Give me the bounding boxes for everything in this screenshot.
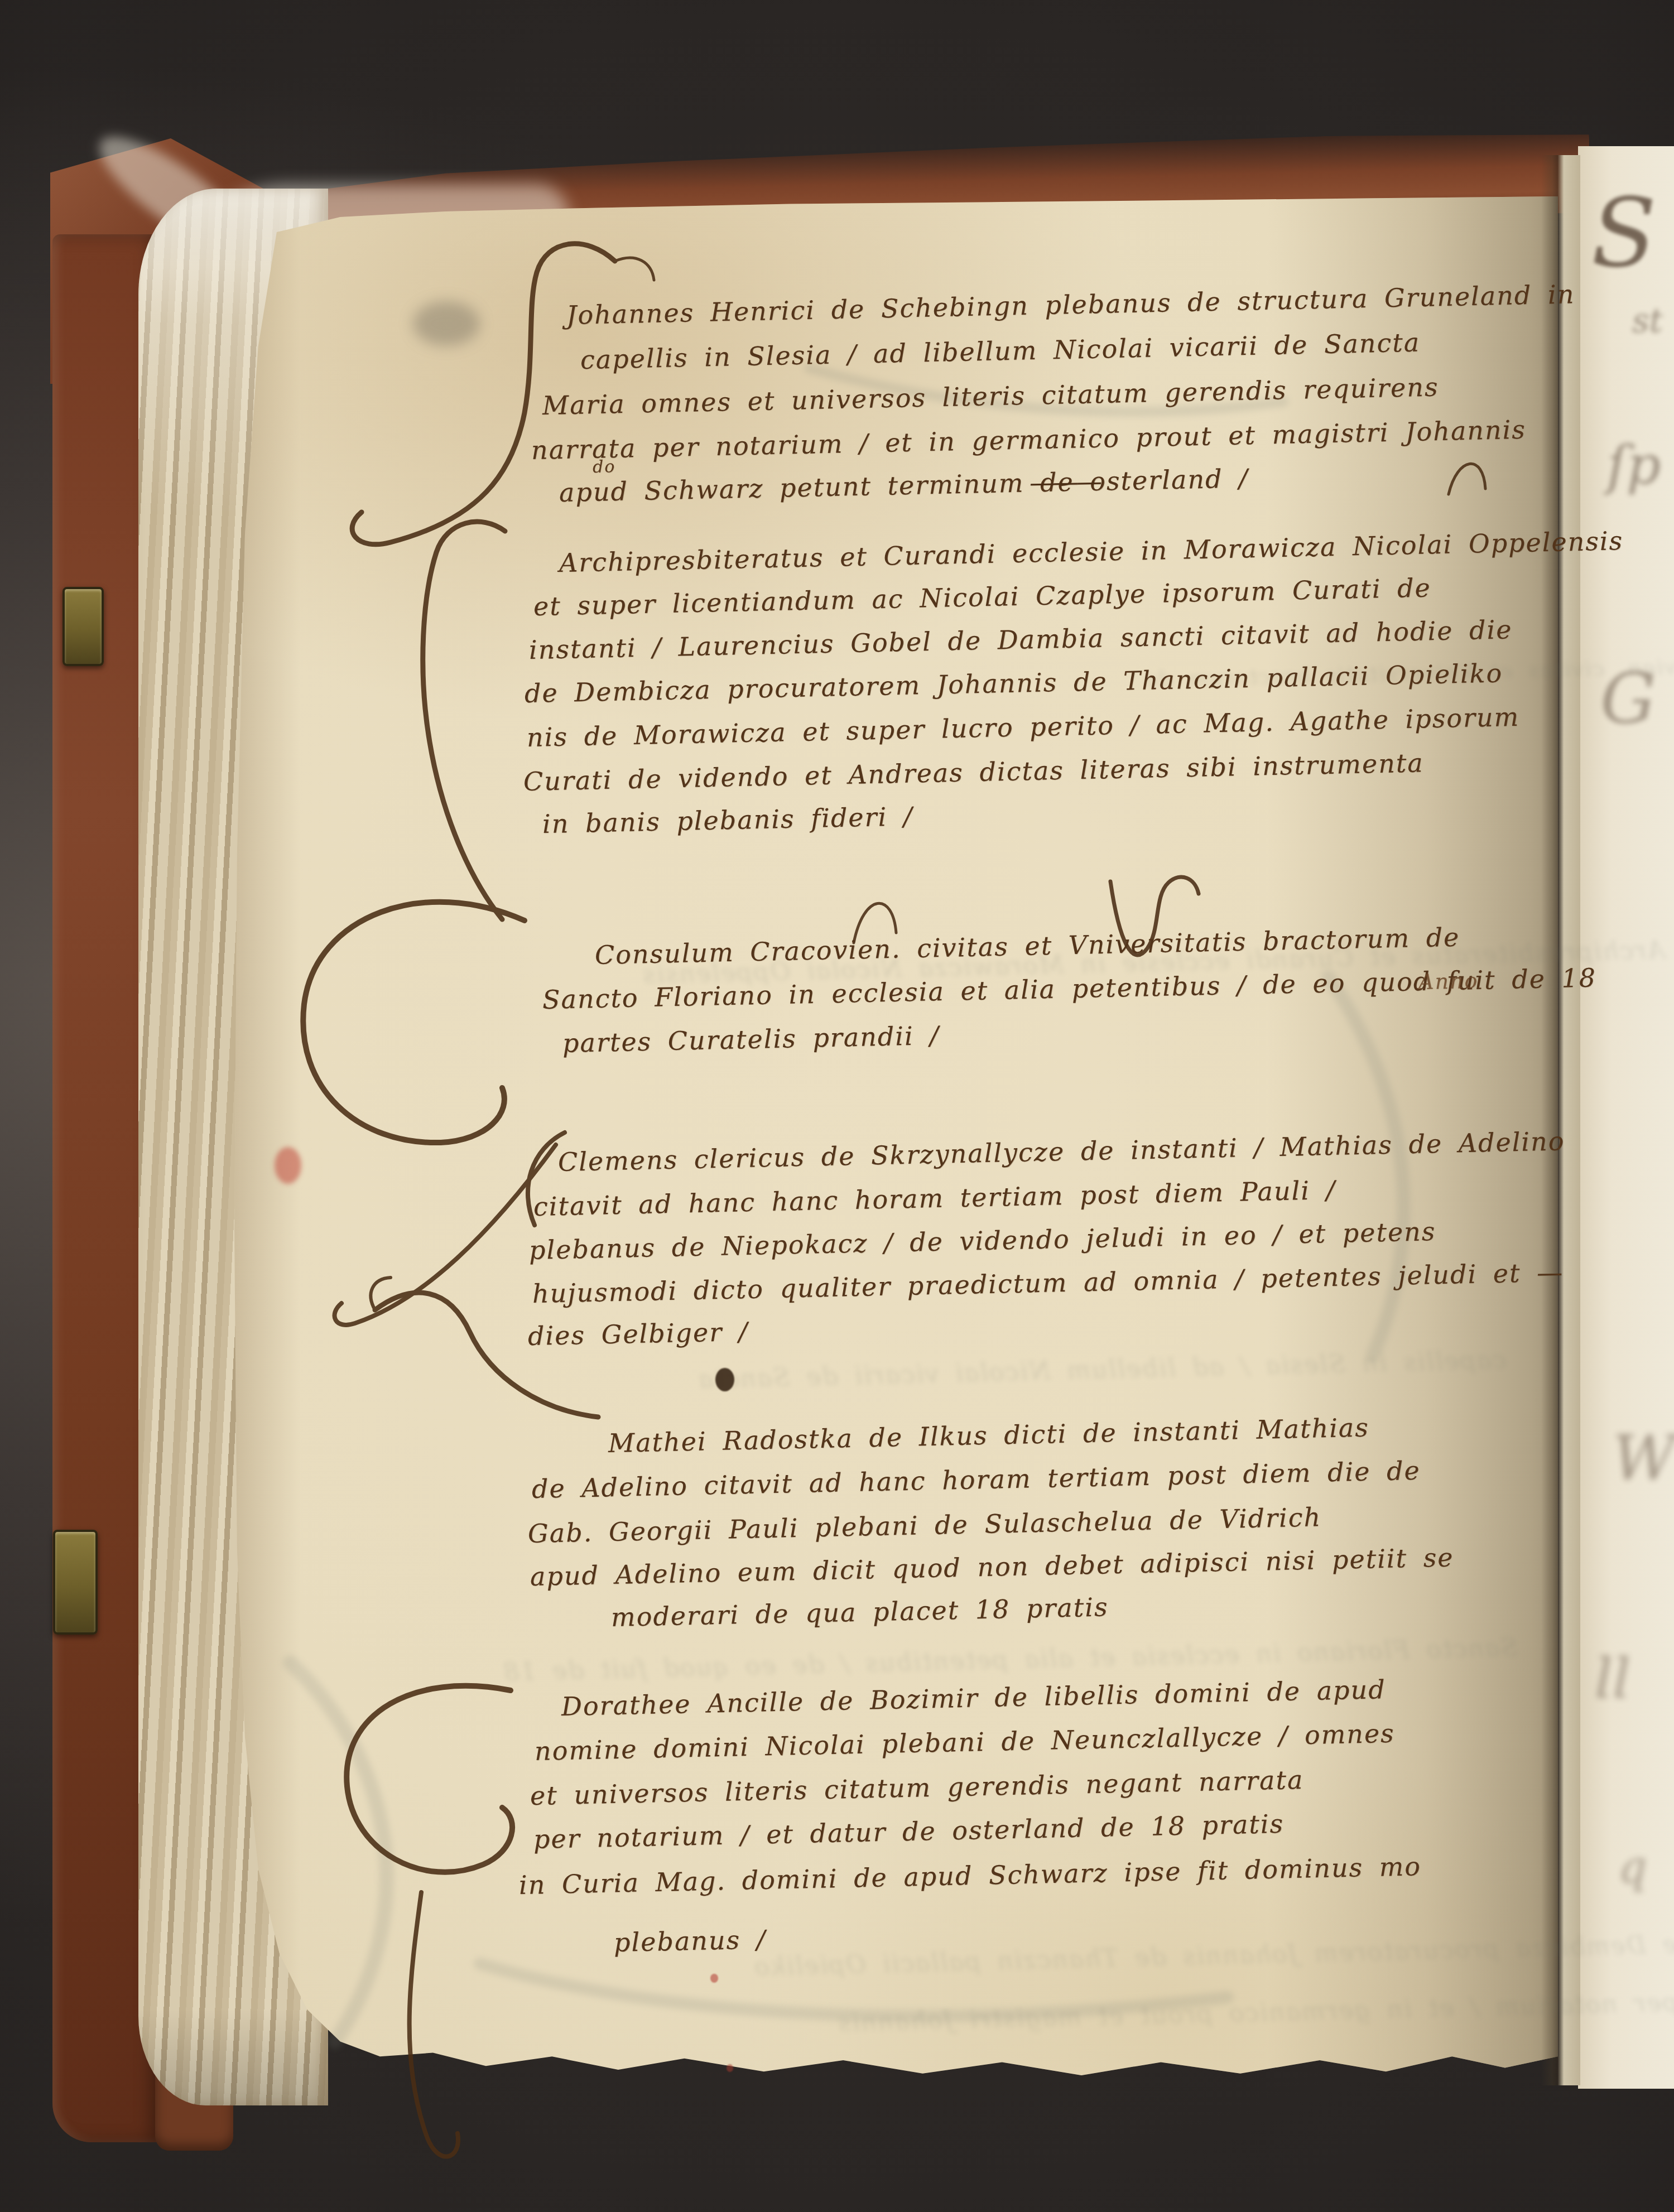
red-speck (710, 1974, 718, 1983)
margin-word-fragment: Anno (1418, 968, 1479, 994)
faded-script-fragment: S (1591, 179, 1656, 289)
faded-script-fragment: ll (1595, 1646, 1630, 1711)
superscript-note: do (593, 457, 616, 477)
faded-script-fragment: W (1613, 1423, 1674, 1494)
manuscript-line: plebanus / (613, 1924, 766, 1958)
ink-blot (715, 1368, 734, 1391)
line-filler-dash: ——— (1029, 466, 1100, 498)
faded-script-fragment: G (1600, 658, 1656, 739)
faded-script-fragment: ſp (1607, 435, 1661, 497)
faded-script-fragment: st (1632, 301, 1663, 340)
manuscript-line: dies Gelbiger / (527, 1317, 748, 1351)
red-speck (727, 2064, 733, 2072)
gray-smudge (413, 301, 480, 346)
faded-script-fragment: q (1618, 1841, 1647, 1893)
red-stain (275, 1147, 301, 1184)
photograph-of-manuscript: { "left_page": { "paragraphs": [ {"lines… (0, 0, 1674, 2212)
